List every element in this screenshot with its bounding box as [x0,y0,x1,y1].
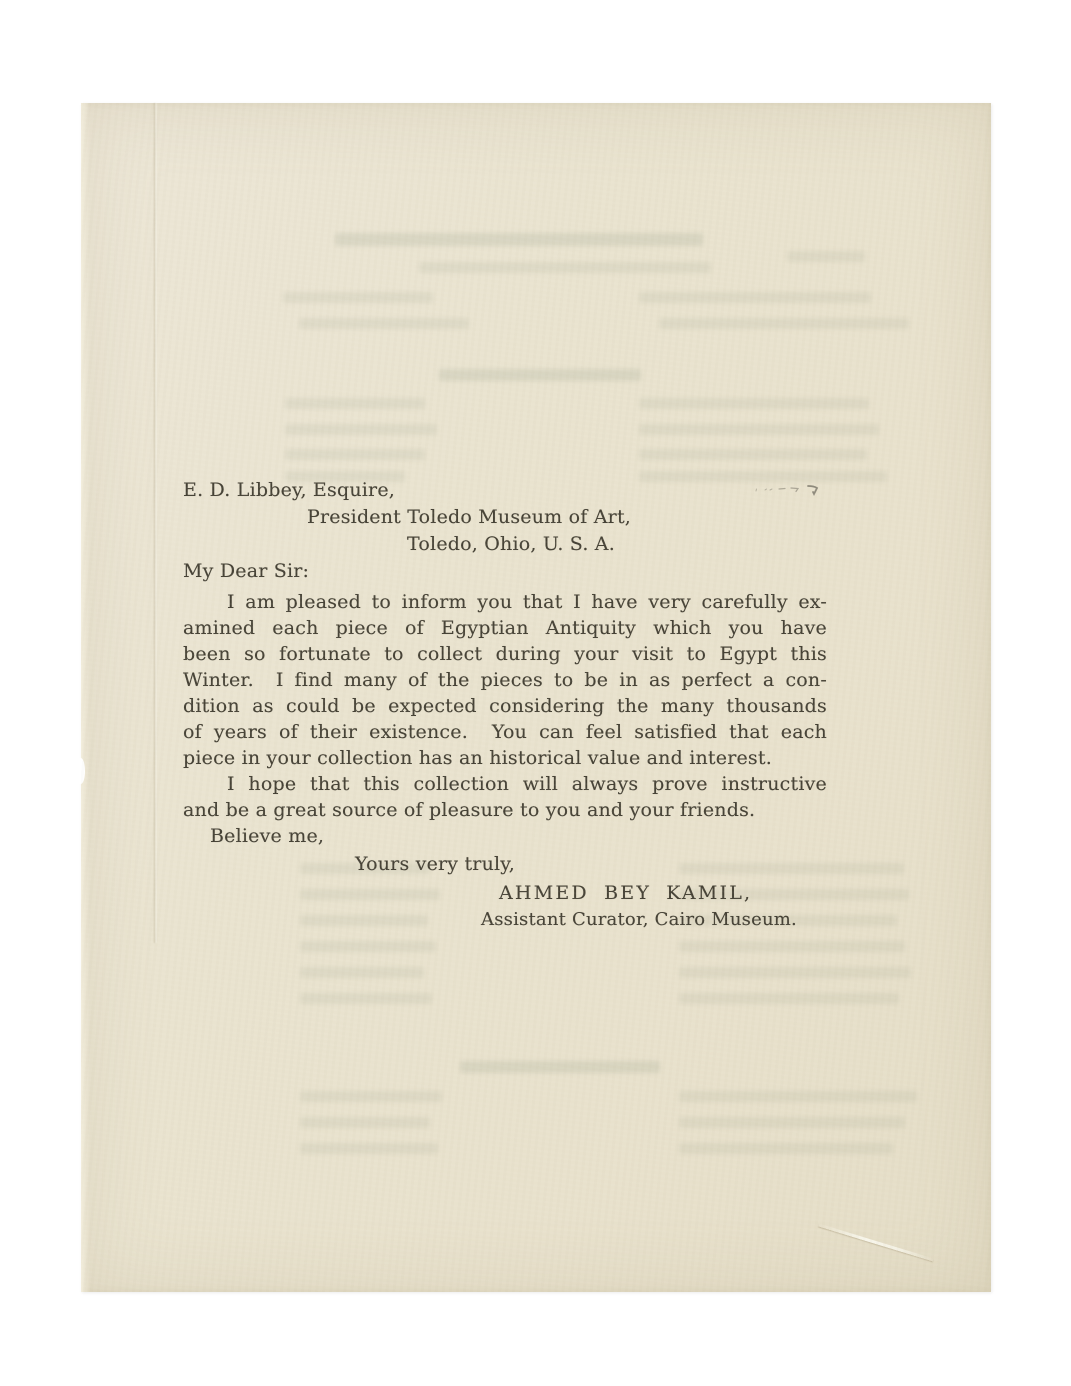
ghost-bleedthrough [419,262,711,273]
recipient-line: President Toledo Museum of Art, [183,504,827,531]
ghost-bleedthrough [787,251,865,262]
ghost-bleedthrough [300,941,436,952]
body-line: been so fortunate to collect during your… [183,641,827,667]
signature-title: Assistant Curator, Cairo Museum. [183,907,827,933]
ghost-bleedthrough [679,993,899,1004]
ghost-bleedthrough [679,967,911,978]
ghost-bleedthrough [639,424,879,435]
ghost-bleedthrough [639,398,869,409]
signature-name: AHMED BEY KAMIL, [183,880,827,906]
ghost-bleedthrough [299,318,469,329]
body-line: I am pleased to inform you that I have v… [183,589,827,615]
recipient-line: Toledo, Ohio, U. S. A. [183,531,827,558]
ghost-bleedthrough [300,1143,438,1154]
ghost-bleedthrough [639,292,871,303]
ghost-bleedthrough [283,292,433,303]
ghost-bleedthrough [285,449,425,460]
letter-page: E. D. Libbey, Esquire, President Toledo … [81,103,991,1292]
body-line: and be a great source of pleasure to you… [183,797,827,823]
ghost-bleedthrough [659,318,909,329]
ghost-bleedthrough [300,967,424,978]
ghost-bleedthrough [300,993,432,1004]
ghost-bleedthrough [285,424,437,435]
ghost-bleedthrough [335,233,703,246]
body-line: piece in your collection has an historic… [183,745,827,771]
salutation: My Dear Sir: [183,558,827,585]
scan-background: E. D. Libbey, Esquire, President Toledo … [0,0,1071,1386]
recipient-line: E. D. Libbey, Esquire, [183,477,827,504]
ghost-bleedthrough [679,1117,905,1128]
paper-deckle-edge [81,103,90,1292]
ghost-bleedthrough [679,1143,893,1154]
ghost-bleedthrough [460,1061,660,1073]
body-line: Winter. I find many of the pieces to be … [183,667,827,693]
paper-crease [153,103,157,943]
body-line: dition as could be expected considering … [183,693,827,719]
body-line: of years of their existence. You can fee… [183,719,827,745]
paper-crease-bottom [818,1224,934,1262]
closing-line: Believe me, [183,823,827,849]
closing-line: Yours very truly, [183,851,827,877]
ghost-bleedthrough [285,398,425,409]
ghost-bleedthrough [300,1091,442,1102]
ghost-bleedthrough [300,1117,430,1128]
body-line: amined each piece of Egyptian Antiquity … [183,615,827,641]
ghost-bleedthrough [679,1091,917,1102]
ghost-bleedthrough [679,941,905,952]
letter-body: E. D. Libbey, Esquire, President Toledo … [183,477,827,933]
body-line: I hope that this collection will always … [183,771,827,797]
ghost-bleedthrough [639,449,867,460]
ghost-bleedthrough [439,369,641,381]
